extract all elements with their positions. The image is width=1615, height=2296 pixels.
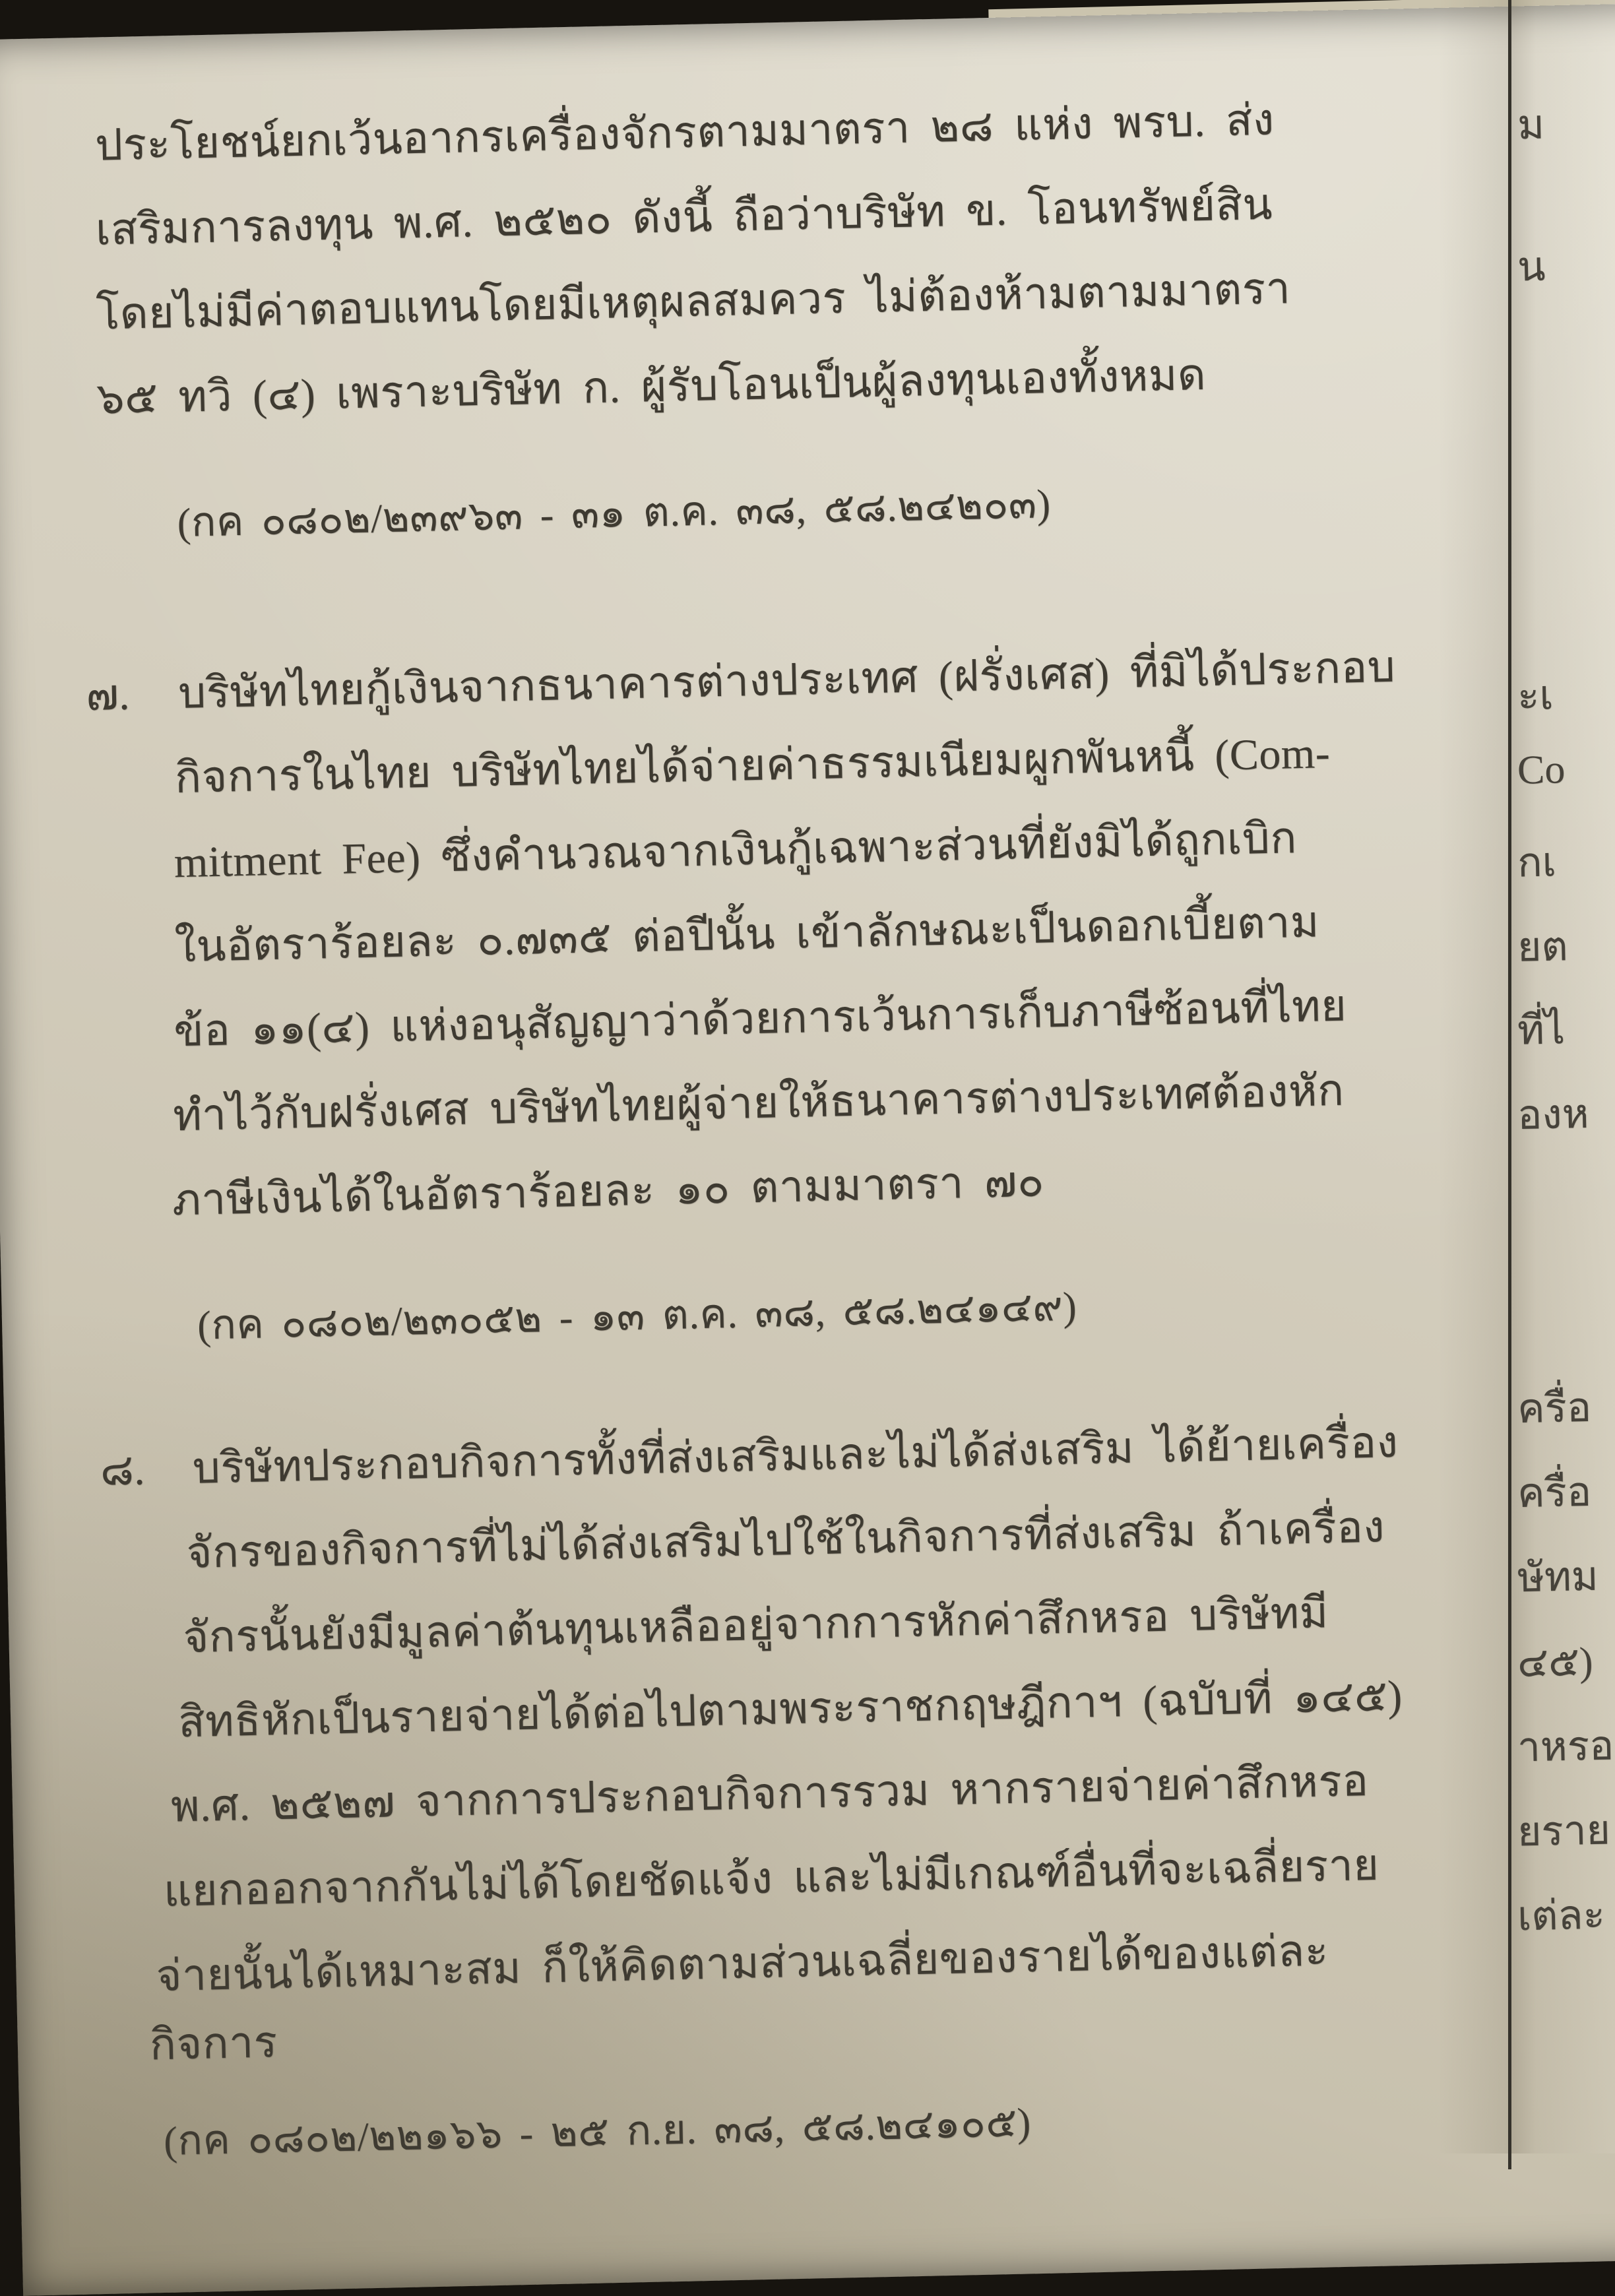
page-text: ประโยชน์ยกเว้นอากรเครื่องจักรตามมาตรา ๒๘… — [0, 3, 1615, 2153]
gutter-shadow — [1438, 0, 1508, 2153]
page-edge-fragment: ๔๕) — [1517, 1629, 1594, 1695]
page-edge-fragment: ษัทม — [1517, 1544, 1599, 1610]
photocopy-edge-strip: ม น ะเ Co กเ ยต ที่ไ องห ครื่อ ครื่อ ษัท… — [1508, 0, 1615, 2153]
text-line: จักรของกิจการที่ไม่ได้ส่งเสริมไปใช้ในกิจ… — [186, 1506, 1385, 1576]
text-line: ภาษีเงินได้ในอัตราร้อยละ ๑๐ ตามมาตรา ๗๐ — [172, 1161, 1044, 1223]
text-line: เสริมการลงทุน พ.ศ. ๒๕๒๐ ดังนี้ ถือว่าบริ… — [95, 183, 1273, 253]
text-line: จ่ายนั้นได้เหมาะสม ก็ให้คิดตามส่วนเฉลี่ย… — [156, 1929, 1329, 1998]
text-line: โดยไม่มีค่าตอบแทนโดยมีเหตุผลสมควร ไม่ต้อ… — [96, 267, 1291, 336]
item-number-7: ๗. — [86, 674, 131, 718]
text-line: กิจการในไทย บริษัทไทยได้จ่ายค่าธรรมเนียม… — [174, 732, 1330, 800]
text-line: ข้อ ๑๑(๔) แห่งอนุสัญญาว่าด้วยการเว้นการเ… — [174, 985, 1347, 1054]
page-edge-fragment: ครื่อ — [1517, 1375, 1592, 1441]
page-edge-fragment: องห — [1517, 1081, 1589, 1147]
text-line: บริษัทไทยกู้เงินจากธนาคารต่างประเทศ (ฝรั… — [178, 646, 1396, 716]
text-line: สิทธิหักเป็นรายจ่ายได้ต่อไปตามพระราชกฤษฎ… — [178, 1674, 1403, 1744]
page-edge-fragment: ม — [1517, 92, 1545, 158]
text-line: แยกออกจากกันไม่ได้โดยชัดแจ้ง และไม่มีเกณ… — [163, 1844, 1379, 1914]
text-line: ทำไว้กับฝรั่งเศส บริษัทไทยผู้จ่ายให้ธนาค… — [173, 1069, 1345, 1139]
page-edge-fragment: Co — [1517, 746, 1566, 794]
text-line: mitment Fee) ซึ่งคำนวณจากเงินกู้เฉพาะส่ว… — [174, 817, 1297, 885]
text-line: บริษัทประกอบกิจการทั้งที่ส่งเสริมและไม่ไ… — [192, 1421, 1399, 1491]
citation-line: (กค ๐๘๐๒/๒๓๐๕๒ - ๑๓ ต.ค. ๓๘, ๕๘.๒๔๑๔๙) — [197, 1287, 1077, 1347]
text-line: กิจการ — [149, 2021, 278, 2067]
text-line: พ.ศ. ๒๕๒๗ จากการประกอบกิจการรวม หากรายจ่… — [170, 1760, 1369, 1830]
text-line: ประโยชน์ยกเว้นอากรเครื่องจักรตามมาตรา ๒๘… — [94, 99, 1275, 168]
citation-line: (กค ๐๘๐๒/๒๓๙๖๓ - ๓๑ ต.ค. ๓๘, ๕๘.๒๔๒๐๓) — [177, 484, 1051, 544]
page-edge-fragment: น — [1517, 234, 1546, 300]
text-line: จักรนั้นยังมีมูลค่าต้นทุนเหลืออยู่จากการ… — [183, 1591, 1329, 1660]
book-page: ประโยชน์ยกเว้นอากรเครื่องจักรตามมาตรา ๒๘… — [0, 3, 1615, 2153]
citation-line: (กค ๐๘๐๒/๒๒๑๖๖ - ๒๕ ก.ย. ๓๘, ๕๘.๒๔๑๐๕) — [163, 2102, 1031, 2153]
page-edge-fragment: เต่ละ — [1517, 1882, 1606, 1949]
text-line: ๖๕ ทวิ (๔) เพราะบริษัท ก. ผู้รับโอนเป็นผ… — [96, 354, 1207, 422]
photocopy-edge-line — [1508, 0, 1511, 2153]
item-number-8: ๘. — [100, 1448, 145, 1492]
book-page-photo: ประโยชน์ยกเว้นอากรเครื่องจักรตามมาตรา ๒๘… — [0, 0, 1615, 2153]
page-edge-fragment: ยต — [1517, 914, 1569, 980]
page-edge-fragment: ครื่อ — [1517, 1459, 1592, 1525]
page-edge-fragment: าหรอ — [1517, 1713, 1614, 1779]
page-edge-fragment: ยราย — [1517, 1798, 1611, 1865]
text-line: ในอัตราร้อยละ ๐.๗๓๕ ต่อปีนั้น เข้าลักษณะ… — [174, 901, 1320, 969]
page-edge-fragment: ที่ไ — [1517, 997, 1566, 1062]
page-edge-fragment: ะเ — [1517, 662, 1554, 728]
page-edge-fragment: กเ — [1517, 829, 1557, 895]
